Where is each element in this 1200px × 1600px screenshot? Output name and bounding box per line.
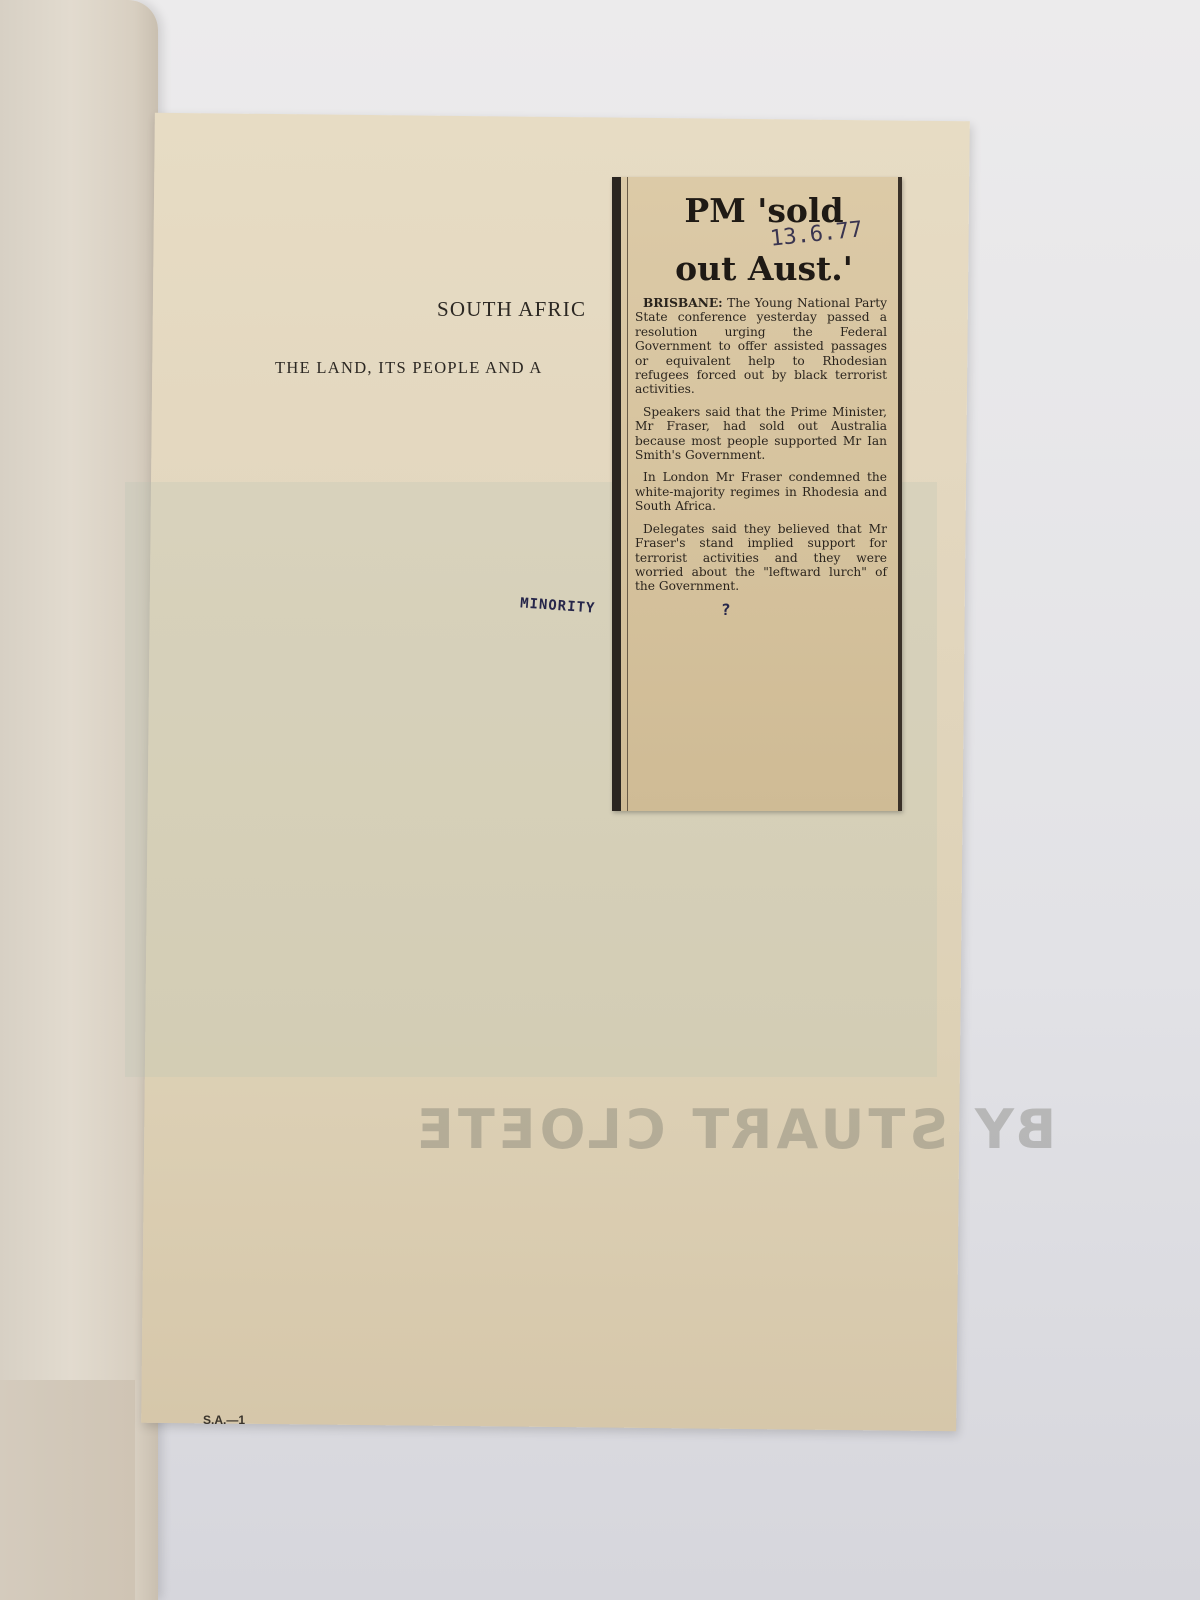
newspaper-clipping: PM 'sold out Aust.' BRISBANE: The Young …	[612, 177, 902, 811]
show-through-byline: BY STUART CLOETE	[413, 1098, 1056, 1161]
article-paragraph-2: Speakers said that the Prime Minister, M…	[635, 405, 887, 463]
handwritten-question-mark: ?	[721, 600, 731, 619]
book-cover-edge	[0, 1380, 135, 1600]
article-paragraph-1: BRISBANE: The Young National Party State…	[635, 296, 887, 397]
article-paragraph-4: Delegates said they believed that Mr Fra…	[635, 522, 887, 594]
clipping-column-rule	[627, 177, 628, 811]
clipping-article: BRISBANE: The Young National Party State…	[635, 296, 887, 602]
article-dateline: BRISBANE:	[643, 296, 723, 310]
book-title: SOUTH AFRIC	[437, 297, 586, 322]
book-subtitle: THE LAND, ITS PEOPLE AND A	[275, 358, 543, 378]
page-signature-code: S.A.—1	[203, 1413, 245, 1427]
headline-line-2: out Aust.'	[639, 249, 889, 289]
article-paragraph-3: In London Mr Fraser condemned the white-…	[635, 470, 887, 513]
